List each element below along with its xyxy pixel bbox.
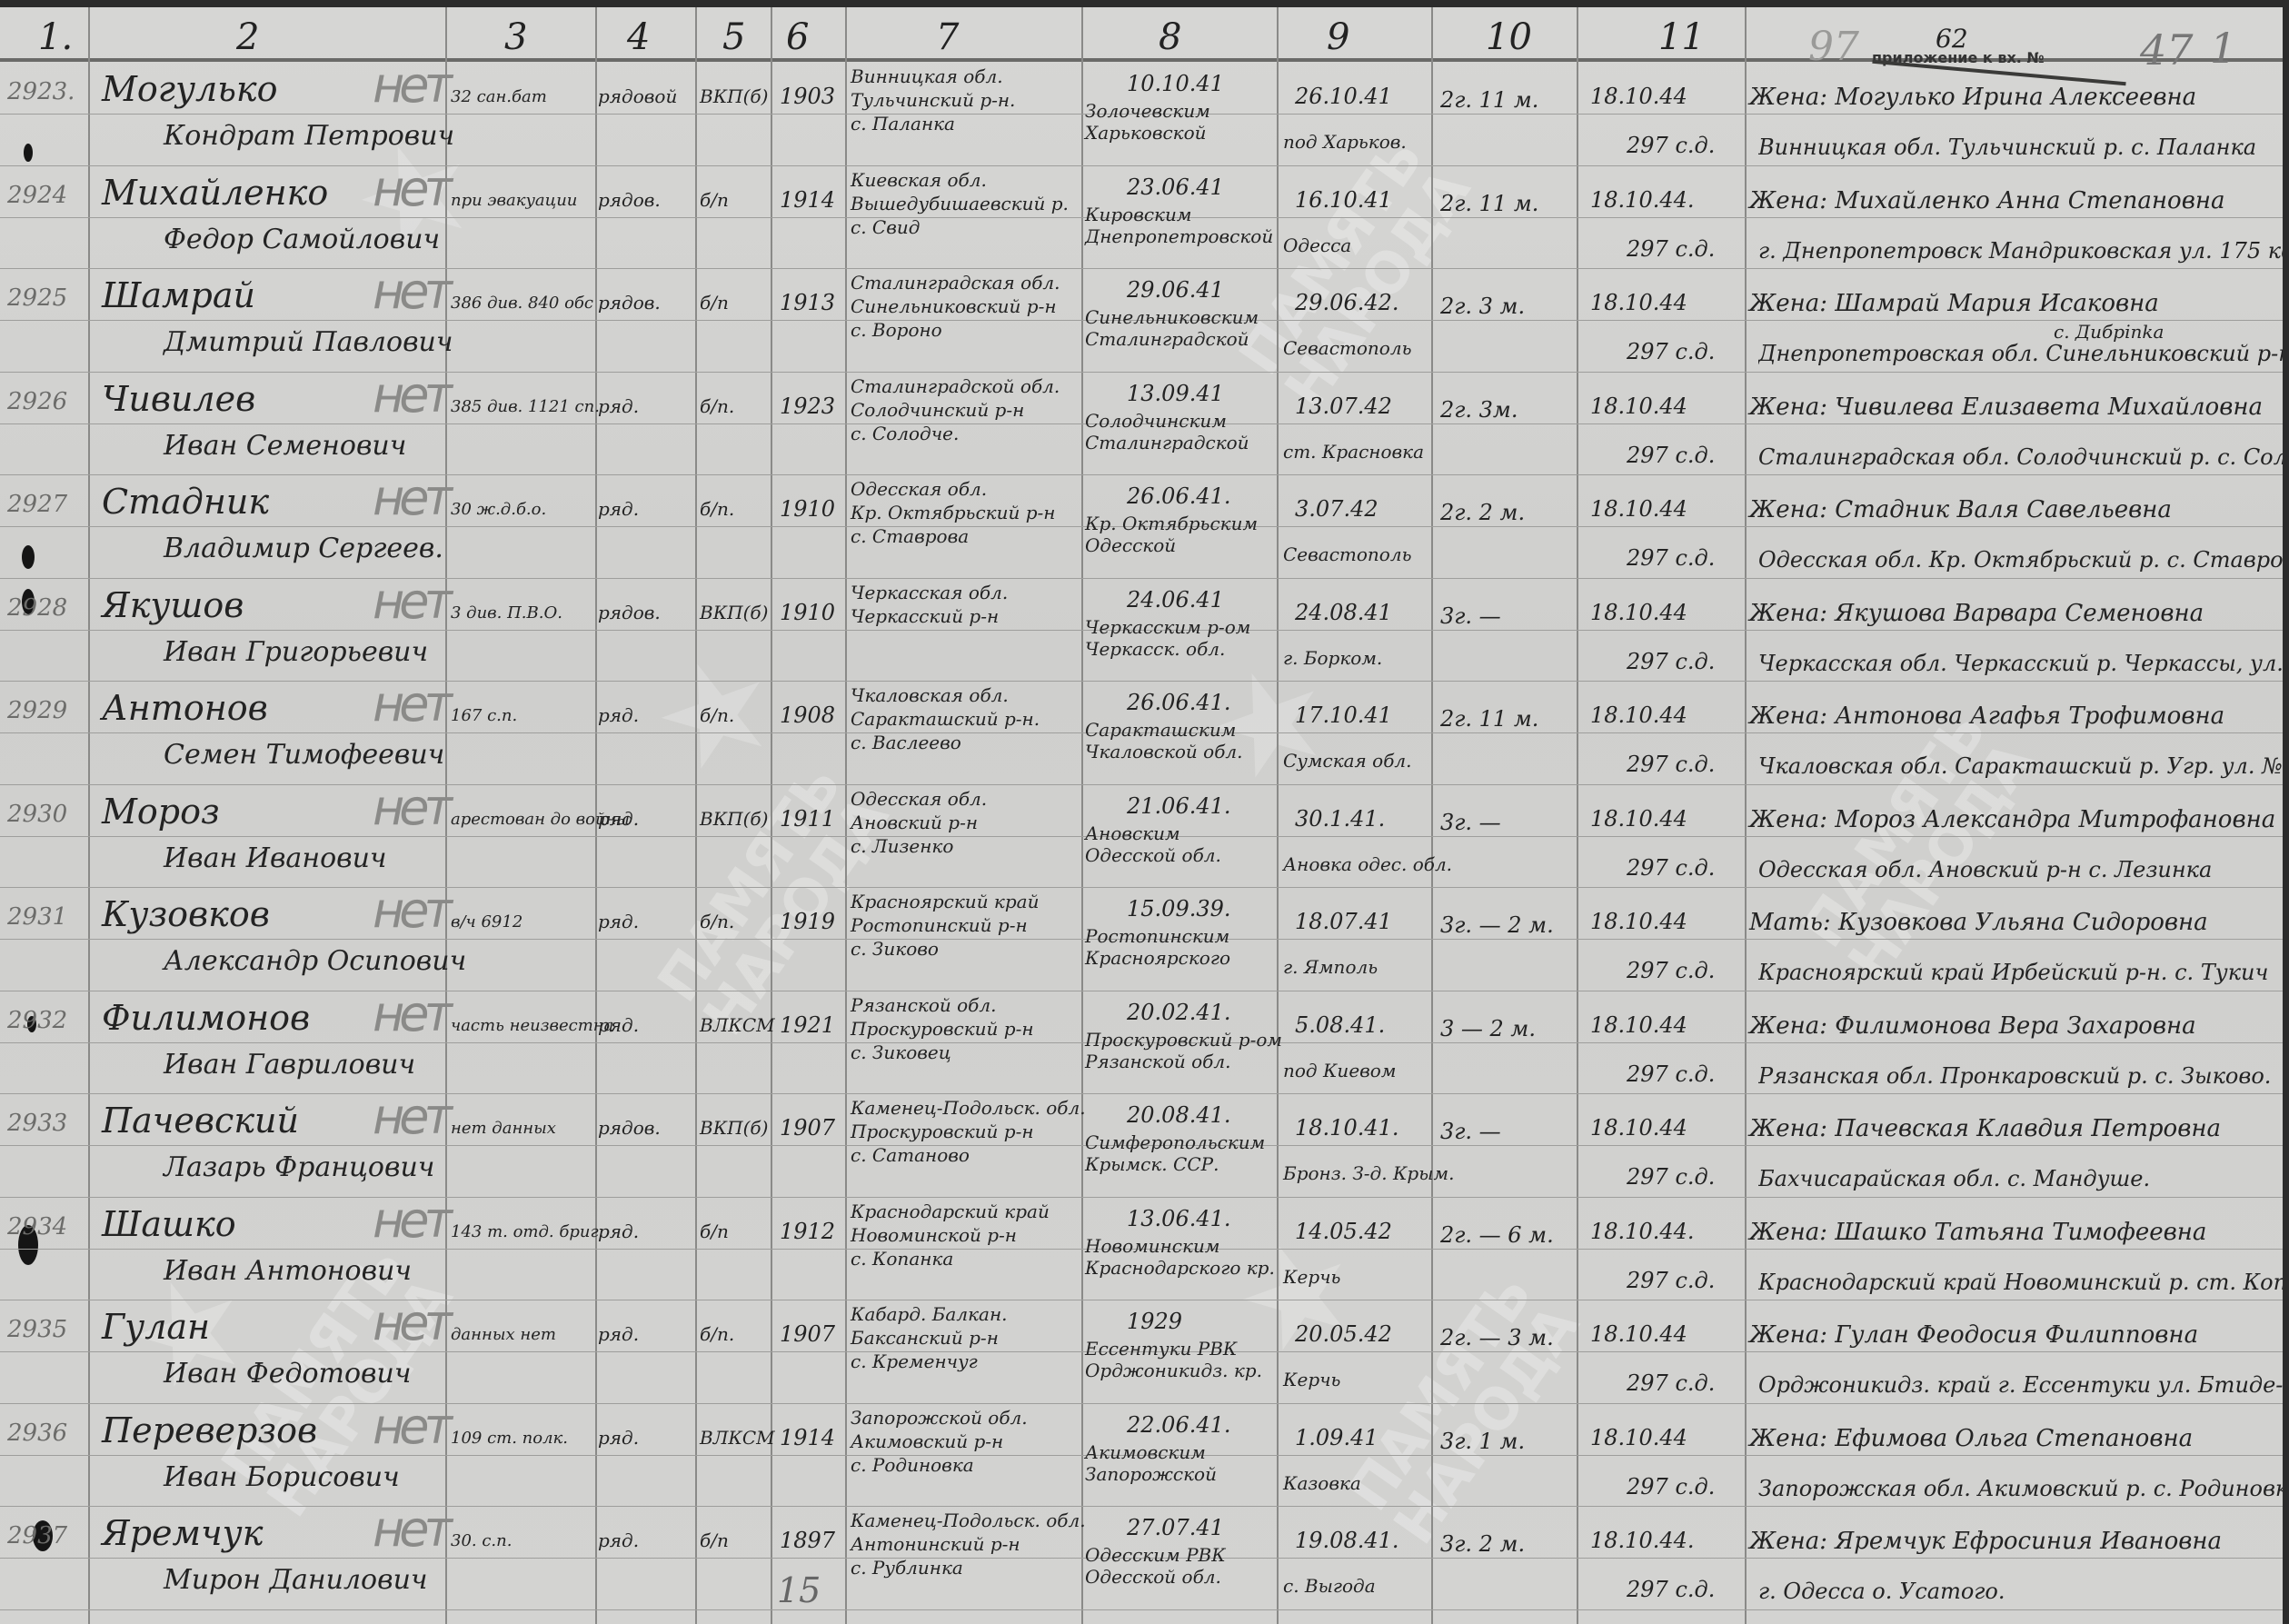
order-number: 297 с.д. bbox=[1627, 133, 1715, 158]
birthplace-line: Баксанский р-н bbox=[851, 1327, 999, 1349]
surname: Гулан bbox=[102, 1307, 210, 1347]
missing-place: Севастополь bbox=[1283, 543, 1411, 565]
record-number: 2925 bbox=[7, 284, 67, 312]
next-of-kin: Жена: Якушова Варвара Семеновна bbox=[1749, 600, 2204, 627]
birthplace-line: с. Рублинка bbox=[851, 1557, 963, 1579]
missing-place: Сумская обл. bbox=[1283, 750, 1412, 772]
birthplace-line: с. Сатаново bbox=[851, 1144, 970, 1166]
next-of-kin: Жена: Стадник Валя Савельевна bbox=[1749, 496, 2172, 523]
absence-duration: 2г. 3м. bbox=[1440, 397, 1518, 423]
missing-place: Казовка bbox=[1283, 1472, 1361, 1494]
missing-place: г. Ямполь bbox=[1283, 956, 1378, 978]
strike-mark: нет bbox=[373, 366, 447, 423]
order-number: 297 с.д. bbox=[1627, 443, 1715, 468]
draft-office-line: Черкасск. обл. bbox=[1085, 638, 1225, 660]
birth-year: 1923 bbox=[780, 394, 835, 419]
draft-office-line: Черкасским р-ом bbox=[1085, 616, 1250, 638]
column-number: 6 bbox=[786, 16, 809, 58]
kin-address: г. Одесса о. Усатого. bbox=[1758, 1579, 2005, 1604]
record-number: 2932 bbox=[7, 1007, 67, 1034]
birthplace-line: Кр. Октябрьский р-н bbox=[851, 502, 1055, 523]
missing-date: 19.08.41. bbox=[1295, 1528, 1399, 1553]
draft-office-line: Краснодарского кр. bbox=[1085, 1257, 1275, 1279]
military-unit: 30 ж.д.б.о. bbox=[451, 500, 546, 519]
draft-date: 20.02.41. bbox=[1127, 1000, 1231, 1025]
birthplace-line: Черкасская обл. bbox=[851, 582, 1008, 603]
birthplace-line: Синельниковский р-н bbox=[851, 295, 1057, 317]
column-rule bbox=[1577, 7, 1578, 1624]
birthplace-line: с. Свид bbox=[851, 216, 920, 238]
military-unit: 3 див. П.В.О. bbox=[451, 603, 562, 623]
watermark: ПАМЯТЬНАРОДА bbox=[1229, 128, 1478, 417]
military-unit: при эвакуации bbox=[451, 191, 577, 210]
strike-mark: нет bbox=[373, 1088, 447, 1145]
missing-place: ст. Красновка bbox=[1283, 441, 1424, 463]
surname: Филимонов bbox=[102, 998, 310, 1038]
birthplace-line: Запорожской обл. bbox=[851, 1407, 1028, 1429]
missing-date: 30.1.41. bbox=[1295, 806, 1385, 832]
strike-mark: нет bbox=[373, 779, 447, 836]
column-number: 8 bbox=[1159, 16, 1181, 58]
birth-year: 1907 bbox=[780, 1321, 835, 1347]
party-membership: б/п. bbox=[700, 498, 734, 520]
strike-mark: нет bbox=[373, 985, 447, 1042]
draft-office-line: Орджоникидз. кр. bbox=[1085, 1360, 1262, 1381]
decision-date: 18.10.44 bbox=[1590, 1321, 1687, 1347]
record-number: 2923. bbox=[7, 78, 75, 105]
surname: Могулько bbox=[102, 69, 278, 109]
missing-place: Одесса bbox=[1283, 234, 1351, 256]
kin-address: г. Днепропетровск Мандриковская ул. 175 … bbox=[1758, 238, 2283, 264]
birth-year: 1914 bbox=[780, 1425, 835, 1450]
birthplace-line: Проскуровский р-н bbox=[851, 1121, 1034, 1142]
column-rule bbox=[695, 7, 697, 1624]
birthplace-line: Каменец-Подольск. обл. bbox=[851, 1509, 1086, 1531]
column-number: 9 bbox=[1327, 16, 1349, 58]
column-rule bbox=[1277, 7, 1279, 1624]
kin-address: Чкаловская обл. Саракташский р. Угр. ул.… bbox=[1758, 753, 2283, 779]
draft-office-line: Крымск. ССР. bbox=[1085, 1153, 1219, 1175]
order-number: 297 с.д. bbox=[1627, 339, 1715, 364]
draft-office-line: Рязанской обл. bbox=[1085, 1051, 1230, 1072]
record-number: 2926 bbox=[7, 388, 67, 415]
absence-duration: 3г. 1 м. bbox=[1440, 1429, 1525, 1454]
column-rule bbox=[845, 7, 847, 1624]
kin-address: Черкасская обл. Черкасский р. Черкассы, … bbox=[1758, 651, 2283, 676]
ruled-line bbox=[0, 681, 2283, 682]
party-membership: б/п. bbox=[700, 911, 734, 932]
given-name-patronymic: Мирон Данилович bbox=[164, 1564, 428, 1596]
order-number: 297 с.д. bbox=[1627, 855, 1715, 881]
ruled-line bbox=[0, 372, 2283, 373]
decision-date: 18.10.44 bbox=[1590, 1115, 1687, 1141]
birthplace-line: Одесская обл. bbox=[851, 478, 987, 500]
missing-date: 17.10.41 bbox=[1295, 702, 1392, 728]
rank: ряд. bbox=[598, 498, 639, 520]
strike-mark: нет bbox=[373, 469, 447, 526]
absence-duration: 3г. — bbox=[1440, 1119, 1501, 1144]
birthplace-line: Киевская обл. bbox=[851, 169, 987, 191]
order-number: 297 с.д. bbox=[1627, 958, 1715, 983]
rank: ряд. bbox=[598, 1014, 639, 1036]
order-number: 297 с.д. bbox=[1627, 1061, 1715, 1087]
surname: Кузовков bbox=[102, 894, 270, 934]
birthplace-line: Солодчинский р-н bbox=[851, 399, 1024, 421]
next-of-kin: Мать: Кузовкова Ульяна Сидоровна bbox=[1749, 909, 2208, 936]
draft-office-line: Синельниковским bbox=[1085, 306, 1259, 328]
birthplace-line: Проскуровский р-н bbox=[851, 1018, 1034, 1040]
draft-office-line: Кр. Октябрьским bbox=[1085, 513, 1258, 534]
column-rule bbox=[771, 7, 772, 1624]
next-of-kin: Жена: Пачевская Клавдия Петровна bbox=[1749, 1115, 2221, 1142]
order-number: 297 с.д. bbox=[1627, 752, 1715, 777]
strike-mark: нет bbox=[373, 1191, 447, 1249]
party-membership: б/п. bbox=[700, 704, 734, 726]
draft-office-line: Красноярского bbox=[1085, 947, 1230, 969]
birth-year: 1921 bbox=[780, 1012, 835, 1038]
birthplace-line: Рязанской обл. bbox=[851, 994, 996, 1016]
birth-year: 1919 bbox=[780, 909, 835, 934]
rank: рядов. bbox=[598, 189, 661, 211]
next-of-kin: Жена: Гулан Феодосия Филипповна bbox=[1749, 1321, 2198, 1349]
birth-year: 1897 bbox=[780, 1528, 835, 1553]
decision-date: 18.10.44 bbox=[1590, 600, 1687, 625]
given-name-patronymic: Иван Григорьевич bbox=[164, 636, 428, 668]
absence-duration: 3г. — bbox=[1440, 603, 1501, 629]
party-membership: б/п bbox=[700, 1529, 729, 1551]
ruled-line bbox=[0, 1609, 2283, 1610]
rank: рядовой bbox=[598, 85, 677, 107]
decision-date: 18.10.44 bbox=[1590, 806, 1687, 832]
kin-address: Сталинградская обл. Солодчинский р. с. С… bbox=[1758, 444, 2283, 470]
draft-date: 15.09.39. bbox=[1127, 896, 1231, 922]
given-name-patronymic: Иван Гаврилович bbox=[164, 1049, 415, 1081]
given-name-patronymic: Лазарь Францович bbox=[164, 1151, 434, 1183]
kin-address: Винницкая обл. Тульчинский р. с. Паланка bbox=[1758, 135, 2256, 160]
absence-duration: 2г. 11 м. bbox=[1440, 706, 1538, 732]
ruled-line bbox=[0, 1300, 2283, 1300]
ruled-line bbox=[0, 165, 2283, 166]
birthplace-line: с. Копанка bbox=[851, 1248, 953, 1270]
register-sheet: ★ ПАМЯТЬНАРОДА ★ ПАМЯТЬНАРОДА ★ ПАМЯТЬНА… bbox=[0, 7, 2283, 1624]
missing-date: 29.06.42. bbox=[1295, 290, 1399, 315]
column-number: 4 bbox=[627, 16, 650, 58]
column-number: 1. bbox=[38, 16, 73, 58]
birthplace-line: Чкаловская обл. bbox=[851, 684, 1009, 706]
draft-date: 26.06.41. bbox=[1127, 483, 1231, 509]
military-unit: 32 сан.бат bbox=[451, 87, 547, 106]
draft-date: 22.06.41. bbox=[1127, 1412, 1231, 1438]
absence-duration: 2г. — 3 м. bbox=[1440, 1325, 1554, 1350]
birthplace-line: с. Родиновка bbox=[851, 1454, 974, 1476]
birth-year: 1907 bbox=[780, 1115, 835, 1141]
birthplace-line: Ановский р-н bbox=[851, 812, 978, 833]
rank: ряд. bbox=[598, 911, 639, 932]
missing-date: 18.10.41. bbox=[1295, 1115, 1399, 1141]
missing-place: Ановка одес. обл. bbox=[1283, 853, 1452, 875]
draft-office-line: Новоминским bbox=[1085, 1235, 1219, 1257]
watermark: ПАМЯТЬНАРОДА bbox=[1793, 701, 2042, 990]
surname: Переверзов bbox=[102, 1410, 317, 1450]
birthplace-line: Тульчинский р-н. bbox=[851, 89, 1015, 111]
record-number: 2928 bbox=[7, 594, 67, 622]
draft-office-line: Запорожской bbox=[1085, 1463, 1217, 1485]
order-number: 297 с.д. bbox=[1627, 1164, 1715, 1190]
rank: рядов. bbox=[598, 1117, 661, 1139]
ruled-line bbox=[0, 887, 2283, 888]
order-number: 297 с.д. bbox=[1627, 1577, 1715, 1602]
rank: рядов. bbox=[598, 602, 661, 623]
birthplace-line: Ростопинский р-н bbox=[851, 914, 1028, 936]
military-unit: 167 с.п. bbox=[451, 706, 517, 725]
party-membership: б/п bbox=[700, 189, 729, 211]
birth-year: 1912 bbox=[780, 1219, 835, 1244]
military-unit: нет данных bbox=[451, 1119, 556, 1138]
sheet-number-suffix: 1 bbox=[2210, 24, 2236, 73]
sheet-number: 47 bbox=[2140, 25, 2194, 75]
binding-hole bbox=[24, 144, 33, 162]
party-membership: б/п bbox=[700, 1220, 729, 1242]
strike-mark: нет bbox=[373, 160, 447, 217]
birthplace-line: Черкасский р-н bbox=[851, 605, 999, 627]
military-unit: в/ч 6912 bbox=[451, 912, 522, 932]
draft-office-line: Чкаловской обл. bbox=[1085, 741, 1243, 762]
binding-hole bbox=[22, 545, 35, 569]
draft-date: 23.06.41 bbox=[1127, 174, 1224, 200]
order-number: 297 с.д. bbox=[1627, 1474, 1715, 1499]
order-number: 297 с.д. bbox=[1627, 1370, 1715, 1396]
missing-date: 20.05.42 bbox=[1295, 1321, 1392, 1347]
birthplace-line: Вышедубишаевский р. bbox=[851, 193, 1069, 214]
missing-date: 13.07.42 bbox=[1295, 394, 1392, 419]
draft-office-line: Одесской обл. bbox=[1085, 844, 1221, 866]
given-name-patronymic: Иван Семенович bbox=[164, 430, 406, 462]
birthplace-line: с. Ставрова bbox=[851, 525, 969, 547]
birthplace-line: с. Зиково bbox=[851, 938, 939, 960]
birthplace-line: с. Солодче. bbox=[851, 423, 959, 444]
party-membership: ВКП(б) bbox=[700, 602, 768, 623]
rank: ряд. bbox=[598, 704, 639, 726]
column-rule bbox=[1081, 7, 1083, 1624]
draft-office-line: Золочевским bbox=[1085, 100, 1210, 122]
kin-address: Днепропетровская обл. Синельниковский р-… bbox=[1758, 341, 2283, 366]
strike-mark: нет bbox=[373, 1500, 447, 1558]
military-unit: часть неизвестна bbox=[451, 1016, 613, 1035]
decision-date: 18.10.44 bbox=[1590, 496, 1687, 522]
missing-place: Севастополь bbox=[1283, 337, 1411, 359]
birth-year: 1908 bbox=[780, 702, 835, 728]
next-of-kin: Жена: Яремчук Ефросиния Ивановна bbox=[1749, 1528, 2222, 1555]
absence-duration: 3г. — bbox=[1440, 810, 1501, 835]
missing-date: 24.08.41 bbox=[1295, 600, 1392, 625]
absence-duration: 2г. 2 м. bbox=[1440, 500, 1525, 525]
surname: Пачевский bbox=[102, 1101, 299, 1141]
absence-duration: 2г. 3 м. bbox=[1440, 294, 1525, 319]
column-rule bbox=[88, 7, 90, 1624]
draft-office-line: Сталинградской bbox=[1085, 328, 1249, 350]
birth-year: 1914 bbox=[780, 187, 835, 213]
party-membership: ВКП(б) bbox=[700, 85, 768, 107]
military-unit: 385 див. 1121 сп. bbox=[451, 397, 600, 416]
missing-date: 3.07.42 bbox=[1295, 496, 1378, 522]
birthplace-line: Антонинский р-н bbox=[851, 1533, 1020, 1555]
missing-date: 16.10.41 bbox=[1295, 187, 1392, 213]
missing-date: 18.07.41 bbox=[1295, 909, 1392, 934]
birthplace-line: Красноярский край bbox=[851, 891, 1039, 912]
footer-mark: 15 bbox=[777, 1570, 821, 1610]
column-rule bbox=[1431, 7, 1433, 1624]
rank: ряд. bbox=[598, 395, 639, 417]
birthplace-line: Краснодарский край bbox=[851, 1201, 1050, 1222]
kin-address: Запорожская обл. Акимовский р. с. Родино… bbox=[1758, 1476, 2283, 1501]
next-of-kin: Жена: Михайленко Анна Степановна bbox=[1749, 187, 2224, 214]
next-of-kin: Жена: Мороз Александра Митрофановна bbox=[1749, 806, 2275, 833]
order-number: 297 с.д. bbox=[1627, 545, 1715, 571]
decision-date: 18.10.44. bbox=[1590, 187, 1695, 213]
next-of-kin: Жена: Могулько Ирина Алексеевна bbox=[1749, 84, 2196, 111]
draft-office-line: Солодчинским bbox=[1085, 410, 1227, 432]
ruled-line bbox=[0, 1197, 2283, 1198]
draft-date: 13.06.41. bbox=[1127, 1206, 1231, 1231]
decision-date: 18.10.44. bbox=[1590, 1528, 1695, 1553]
rank: ряд. bbox=[598, 1323, 639, 1345]
rank: ряд. bbox=[598, 1529, 639, 1551]
decision-date: 18.10.44 bbox=[1590, 702, 1687, 728]
absence-duration: 2г. — 6 м. bbox=[1440, 1222, 1554, 1248]
absence-duration: 2г. 11 м. bbox=[1440, 87, 1538, 113]
military-unit: 109 ст. полк. bbox=[451, 1429, 568, 1448]
record-number: 2935 bbox=[7, 1316, 67, 1343]
rank: ряд. bbox=[598, 1220, 639, 1242]
birthplace-line: с. Лизенко bbox=[851, 835, 953, 857]
ruled-line bbox=[0, 268, 2283, 269]
birth-year: 1913 bbox=[780, 290, 835, 315]
given-name-patronymic: Кондрат Петрович bbox=[164, 120, 454, 152]
next-of-kin: Жена: Ефимова Ольга Степановна bbox=[1749, 1425, 2193, 1452]
given-name-patronymic: Александр Осипович bbox=[164, 945, 466, 977]
birthplace-line: Сталинградская обл. bbox=[851, 272, 1060, 294]
missing-date: 14.05.42 bbox=[1295, 1219, 1392, 1244]
strike-mark: нет bbox=[373, 675, 447, 732]
birthplace-line: с. Паланка bbox=[851, 113, 955, 135]
surname: Чивилев bbox=[102, 379, 255, 419]
birthplace-line: Каменец-Подольск. обл. bbox=[851, 1097, 1086, 1119]
column-number: 11 bbox=[1658, 16, 1705, 58]
strike-mark: нет bbox=[373, 263, 447, 320]
draft-office-line: Проскуровский р-ом bbox=[1085, 1029, 1282, 1051]
birthplace-line: с. Зиковец bbox=[851, 1041, 951, 1063]
next-of-kin: Жена: Чивилева Елизавета Михайловна bbox=[1749, 394, 2263, 421]
decision-date: 18.10.44 bbox=[1590, 909, 1687, 934]
party-membership: б/п. bbox=[700, 395, 734, 417]
record-number: 2936 bbox=[7, 1420, 67, 1447]
missing-place: с. Выгода bbox=[1283, 1575, 1376, 1597]
column-number: 3 bbox=[504, 16, 527, 58]
surname: Михайленко bbox=[102, 173, 328, 213]
missing-place: под Киевом bbox=[1283, 1060, 1396, 1081]
draft-office-line: Одесской bbox=[1085, 534, 1176, 556]
next-of-kin: Жена: Филимонова Вера Захаровна bbox=[1749, 1012, 2196, 1040]
missing-place: Керчь bbox=[1283, 1369, 1340, 1390]
rank: ряд. bbox=[598, 808, 639, 830]
draft-date: 13.09.41 bbox=[1127, 381, 1224, 406]
ruled-line bbox=[0, 1506, 2283, 1507]
surname: Мороз bbox=[102, 792, 220, 832]
order-number: 297 с.д. bbox=[1627, 1268, 1715, 1293]
ruled-line bbox=[0, 474, 2283, 475]
decision-date: 18.10.44 bbox=[1590, 394, 1687, 419]
kin-address: Рязанская обл. Пронкаровский р. с. Зыков… bbox=[1758, 1063, 2271, 1089]
draft-date: 24.06.41 bbox=[1127, 587, 1224, 613]
record-number: 2924 bbox=[7, 182, 67, 209]
surname: Антонов bbox=[102, 688, 268, 728]
surname: Шамрай bbox=[102, 275, 255, 315]
draft-date: 26.06.41. bbox=[1127, 690, 1231, 715]
next-of-kin: Жена: Антонова Агафья Трофимовна bbox=[1749, 702, 2224, 730]
draft-date: 20.08.41. bbox=[1127, 1102, 1231, 1128]
draft-date: 21.06.41. bbox=[1127, 793, 1231, 819]
draft-office-line: Кировским bbox=[1085, 204, 1191, 225]
pencil-number: 97 bbox=[1808, 24, 1859, 70]
draft-office-line: Одесским РВК bbox=[1085, 1544, 1226, 1566]
watermark: ПАМЯТЬНАРОДА bbox=[1339, 1264, 1587, 1553]
ruled-line bbox=[0, 991, 2283, 991]
next-of-kin: Жена: Шамрай Мария Исаковна bbox=[1749, 290, 2159, 317]
party-membership: ВКП(б) bbox=[700, 1117, 768, 1139]
birthplace-line: Кабард. Балкан. bbox=[851, 1303, 1007, 1325]
decision-date: 18.10.44. bbox=[1590, 1219, 1695, 1244]
ruled-line bbox=[0, 784, 2283, 785]
party-membership: ВКП(б) bbox=[700, 808, 768, 830]
surname: Якушов bbox=[102, 585, 244, 625]
given-name-patronymic: Дмитрий Павлович bbox=[164, 326, 453, 358]
kin-address: Краснодарский край Новоминский р. ст. Ко… bbox=[1758, 1270, 2283, 1295]
missing-place: под Харьков. bbox=[1283, 131, 1407, 153]
strike-mark: нет bbox=[373, 1398, 447, 1455]
party-membership: б/п. bbox=[700, 1323, 734, 1345]
record-number: 2930 bbox=[7, 801, 67, 828]
military-unit: 386 див. 840 обс bbox=[451, 294, 593, 313]
missing-date: 5.08.41. bbox=[1295, 1012, 1385, 1038]
party-membership: ВЛКСМ bbox=[700, 1014, 775, 1036]
order-number: 297 с.д. bbox=[1627, 236, 1715, 262]
record-number: 2929 bbox=[7, 697, 67, 724]
stamp-number: 62 bbox=[1936, 24, 1968, 54]
birthplace-line: Саракташский р-н. bbox=[851, 708, 1040, 730]
surname: Стадник bbox=[102, 482, 269, 522]
record-number: 2937 bbox=[7, 1522, 67, 1549]
draft-date: 27.07.41 bbox=[1127, 1515, 1224, 1540]
decision-date: 18.10.44 bbox=[1590, 1425, 1687, 1450]
given-name-patronymic: Семен Тимофеевич bbox=[164, 739, 444, 771]
draft-office-line: Ростопинским bbox=[1085, 925, 1229, 947]
draft-date: 10.10.41 bbox=[1127, 71, 1224, 96]
draft-office-line: Харьковской bbox=[1085, 122, 1207, 144]
strike-mark: нет bbox=[373, 573, 447, 630]
column-rule bbox=[1745, 7, 1747, 1624]
birth-year: 1910 bbox=[780, 600, 835, 625]
given-name-patronymic: Иван Федотович bbox=[164, 1358, 412, 1390]
draft-office-line: Саракташским bbox=[1085, 719, 1236, 741]
absence-duration: 3 — 2 м. bbox=[1440, 1016, 1536, 1041]
birthplace-line: с. Кременчуг bbox=[851, 1350, 978, 1372]
kin-address: Одесская обл. Ановский р-н с. Лезинка bbox=[1758, 857, 2212, 882]
birthplace-line: Новоминской р-н bbox=[851, 1224, 1017, 1246]
given-name-patronymic: Иван Антонович bbox=[164, 1255, 412, 1287]
rank: ряд. bbox=[598, 1427, 639, 1449]
surname: Шашко bbox=[102, 1204, 236, 1244]
record-number: 2931 bbox=[7, 903, 67, 931]
